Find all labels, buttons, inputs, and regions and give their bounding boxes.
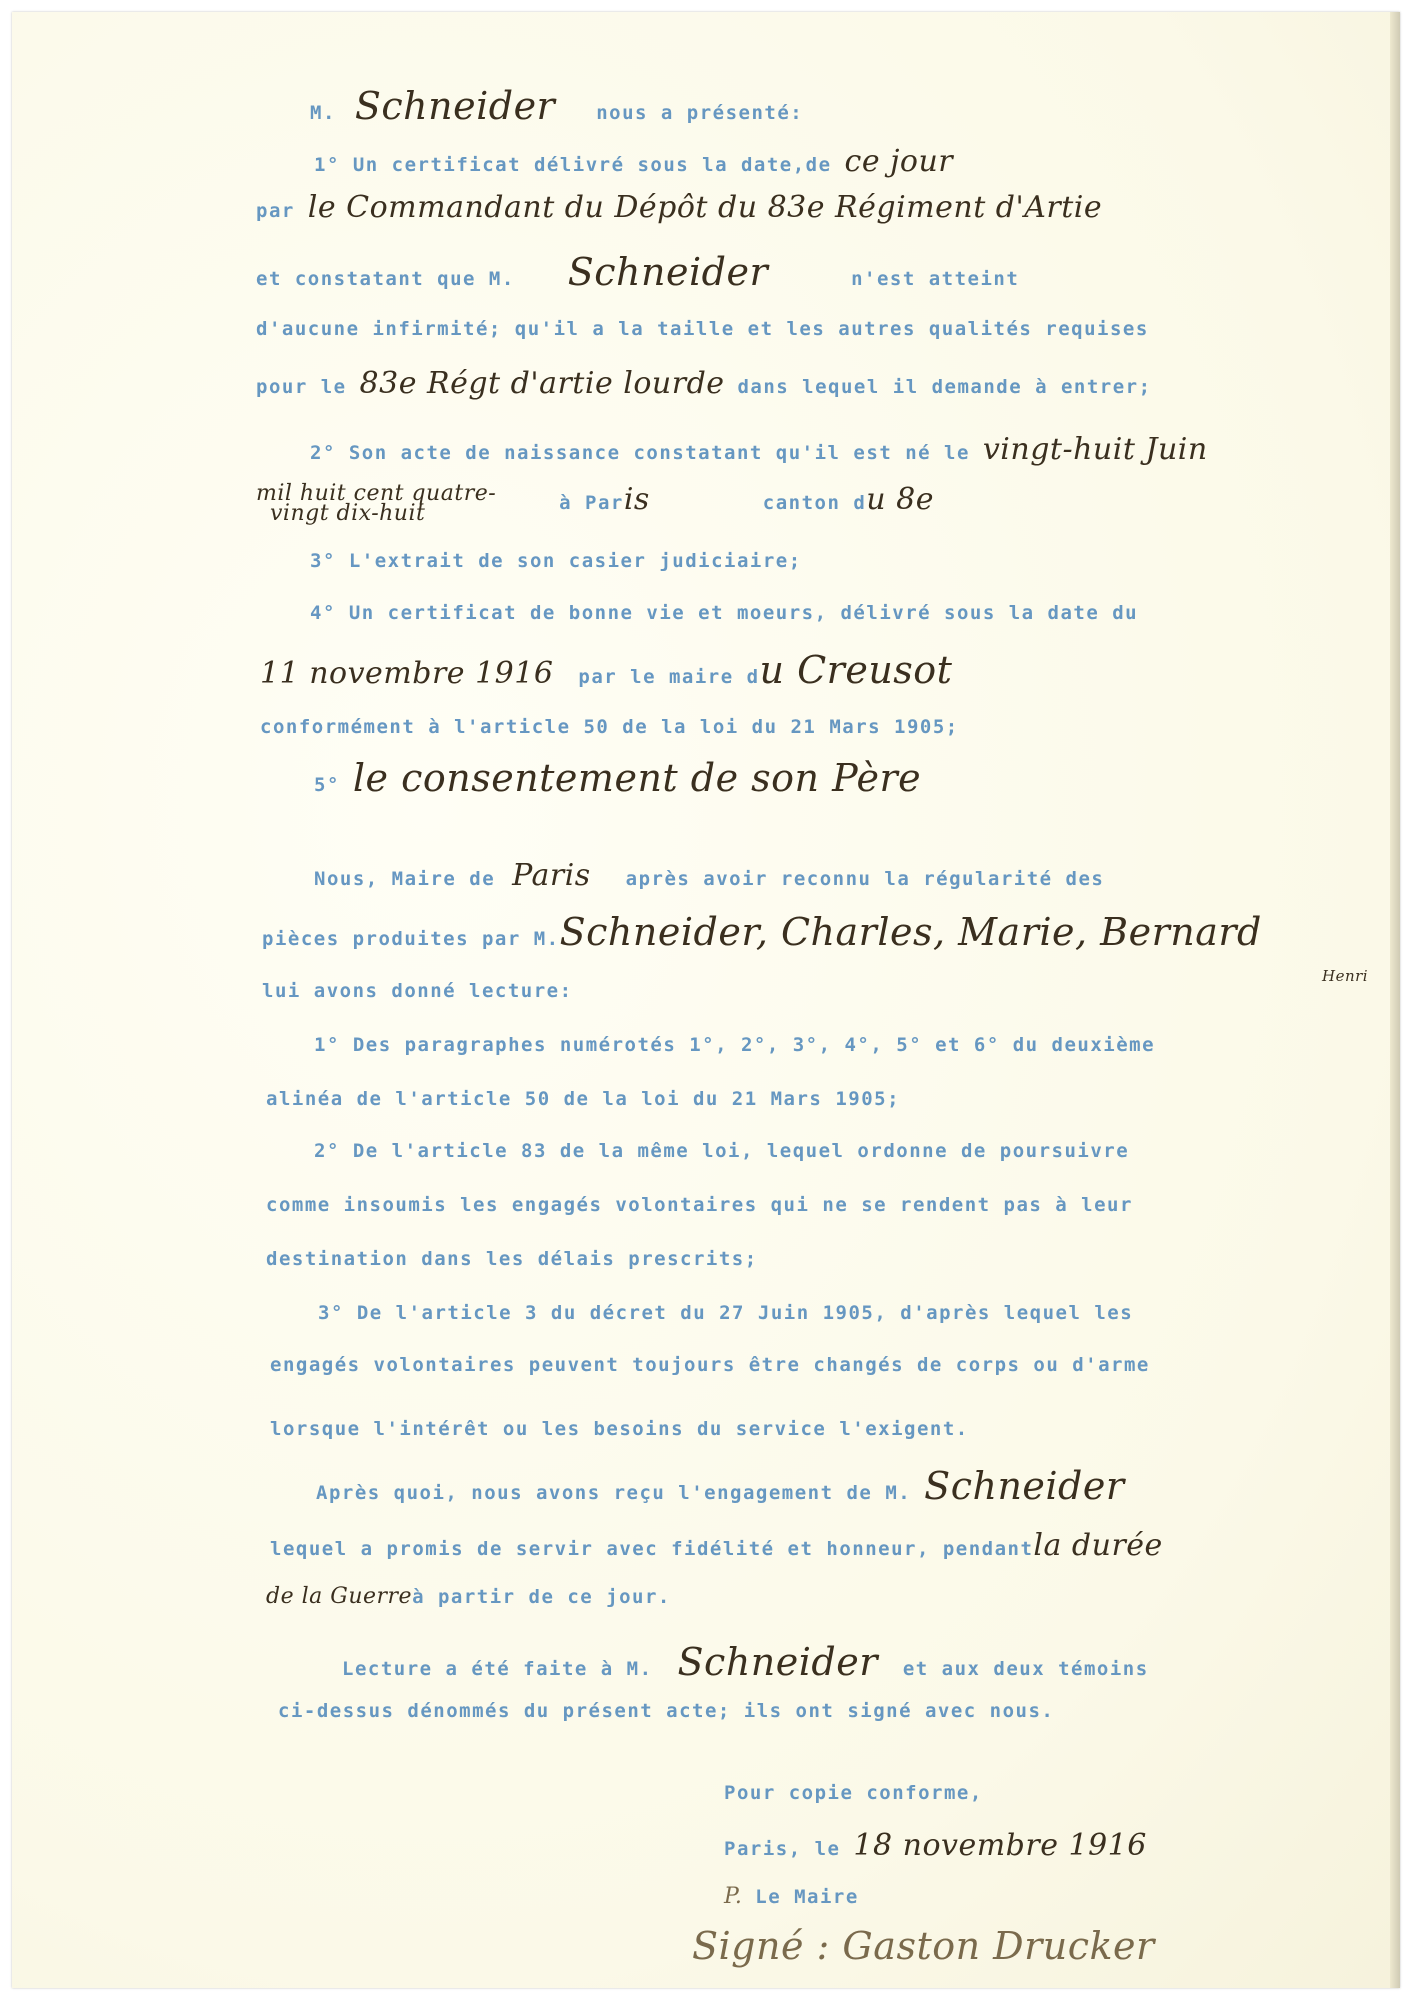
item3-line: 3° L'extrait de son casier judiciaire; [310,550,802,572]
typed-text: comme insoumis les engagés volontaires q… [266,1194,1133,1216]
typed-text: 3° De l'article 3 du décret du 27 Juin 1… [318,1302,1133,1324]
handwritten-text: de la Guerre [266,1584,412,1609]
item2-line1: 2° Son acte de naissance constatant qu'i… [310,432,1208,467]
typed-text: canton d [763,492,867,514]
handwritten-text: 83e Régt d'artie lourde [360,366,725,401]
typed-text: et aux deux témoins [903,1658,1149,1680]
typed-text: conformément à l'article 50 de la loi du… [260,716,959,738]
signature: Signé : Gaston Drucker [692,1924,1155,1968]
typed-text: par le maire d [578,666,759,688]
handwritten-place: u Creusot [760,648,953,692]
typed-text: 5° [314,774,340,796]
typed-text: Nous, Maire de [314,868,495,890]
reading3-line3: lorsque l'intérêt ou les besoins du serv… [270,1418,969,1440]
typed-text: 2° Son acte de naissance constatant qu'i… [310,442,970,464]
typed-text: Paris, le [724,1838,840,1860]
reading2-line2: comme insoumis les engagés volontaires q… [266,1194,1133,1216]
item4-line3: conformément à l'article 50 de la loi du… [260,716,959,738]
handwritten-name: Schneider [355,84,555,128]
typed-text: pour le [256,376,347,398]
handwritten-name-note: Henri [1322,967,1368,985]
handwritten-text: le Commandant du Dépôt du 83e Régiment d… [308,190,1102,225]
closing-copy: Pour copie conforme, [724,1782,983,1804]
reading2-line1: 2° De l'article 83 de la même loi, leque… [314,1140,1129,1162]
handwritten-text: vingt dix-huit [270,504,496,524]
reading2-line3: destination dans les délais prescrits; [266,1248,758,1270]
handwritten-text: la durée [1033,1528,1162,1563]
handwritten-birth-year: mil huit cent quatre- vingt dix-huit [256,484,496,524]
handwritten-text: is [624,482,650,517]
typed-text: 4° Un certificat de bonne vie et moeurs,… [310,602,1138,624]
typed-text: 2° De l'article 83 de la même loi, leque… [314,1140,1129,1162]
typed-text: lui avons donné lecture: [262,980,573,1002]
page-edge-shadow [1390,12,1400,1988]
intro-line: M. Schneider nous a présenté: [310,84,803,128]
typed-text: et constatant que M. [256,268,515,290]
handwritten-full-name: Schneider, Charles, Marie, Bernard [560,910,1262,954]
typed-text: lorsque l'intérêt ou les besoins du serv… [270,1418,969,1440]
document-page: M. Schneider nous a présenté: 1° Un cert… [12,12,1400,1988]
item4-line1: 4° Un certificat de bonne vie et moeurs,… [310,602,1138,624]
typed-text: d'aucune infirmité; qu'il a la taille et… [256,318,1149,340]
handwritten-text: P. [724,1884,742,1909]
typed-text: Pour copie conforme, [724,1782,983,1804]
typed-text: 1° Des paragraphes numérotés 1°, 2°, 3°,… [314,1034,1155,1056]
item2-line2: mil huit cent quatre- vingt dix-huit à P… [256,482,934,524]
reading-done-line2: ci-dessus dénommés du présent acte; ils … [278,1700,1054,1722]
typed-text: Après quoi, nous avons reçu l'engagement… [316,1482,911,1504]
item1-line5: pour le 83e Régt d'artie lourde dans leq… [256,366,1152,401]
closing-signature: Signé : Gaston Drucker [692,1924,1155,1968]
typed-text: alinéa de l'article 50 de la loi du 21 M… [266,1088,900,1110]
handwritten-text: u 8e [866,482,934,517]
handwritten-text: vingt-huit Juin [983,432,1208,467]
typed-text: ci-dessus dénommés du présent acte; ils … [278,1700,1054,1722]
item5-line: 5° le consentement de son Père [314,756,921,800]
handwritten-name: Schneider [568,250,768,294]
handwritten-text: ce jour [845,144,954,179]
typed-text: par [256,200,295,222]
reading3-line2: engagés volontaires peuvent toujours êtr… [270,1354,1150,1376]
mayor-line2-note: Henri [1322,964,1368,986]
typed-text: engagés volontaires peuvent toujours êtr… [270,1354,1150,1376]
handwritten-date: 11 novembre 1916 [260,656,553,691]
mayor-line1: Nous, Maire de Paris après avoir reconnu… [314,858,1104,893]
typed-text: pièces produites par M. [262,928,560,950]
engagement-line2: lequel a promis de servir avec fidélité … [270,1528,1163,1563]
typed-text: Lecture a été faite à M. [342,1658,653,1680]
handwritten-date: 18 novembre 1916 [853,1828,1146,1863]
typed-text: à partir de ce jour. [412,1586,671,1608]
handwritten-name: Schneider [924,1464,1124,1508]
reading1-line1: 1° Des paragraphes numérotés 1°, 2°, 3°,… [314,1034,1155,1056]
mayor-line2: pièces produites par M.Schneider, Charle… [262,910,1262,954]
reading1-line2: alinéa de l'article 50 de la loi du 21 M… [266,1088,900,1110]
typed-text: après avoir reconnu la régularité des [626,868,1105,890]
engagement-line3: de la Guerreà partir de ce jour. [266,1584,671,1609]
closing-mayor: P. Le Maire [724,1884,859,1909]
mayor-line3: lui avons donné lecture: [262,980,573,1002]
item4-line2: 11 novembre 1916 par le maire du Creusot [260,648,952,692]
typed-text: dans lequel il demande à entrer; [737,376,1151,398]
closing-date: Paris, le 18 novembre 1916 [724,1828,1147,1863]
item1-line2: par le Commandant du Dépôt du 83e Régime… [256,190,1102,225]
item1-line1: 1° Un certificat délivré sous la date,de… [314,144,953,179]
reading3-line1: 3° De l'article 3 du décret du 27 Juin 1… [318,1302,1133,1324]
typed-text: 3° L'extrait de son casier judiciaire; [310,550,802,572]
intro-prefix: M. [310,102,336,124]
intro-suffix: nous a présenté: [596,102,803,124]
reading-done-line1: Lecture a été faite à M. Schneider et au… [342,1640,1149,1684]
item1-line4: d'aucune infirmité; qu'il a la taille et… [256,318,1149,340]
typed-text: 1° Un certificat délivré sous la date,de [314,154,832,176]
typed-text: destination dans les délais prescrits; [266,1248,758,1270]
engagement-line1: Après quoi, nous avons reçu l'engagement… [316,1464,1125,1508]
handwritten-name: Schneider [678,1640,878,1684]
typed-text: à Par [559,492,624,514]
handwritten-place: Paris [512,858,591,893]
typed-text: n'est atteint [851,268,1019,290]
handwritten-text: le consentement de son Père [353,756,921,800]
item1-line3: et constatant que M. Schneider n'est att… [256,250,1019,294]
mayor-title: Le Maire [755,1886,859,1908]
typed-text: lequel a promis de servir avec fidélité … [270,1538,1033,1560]
